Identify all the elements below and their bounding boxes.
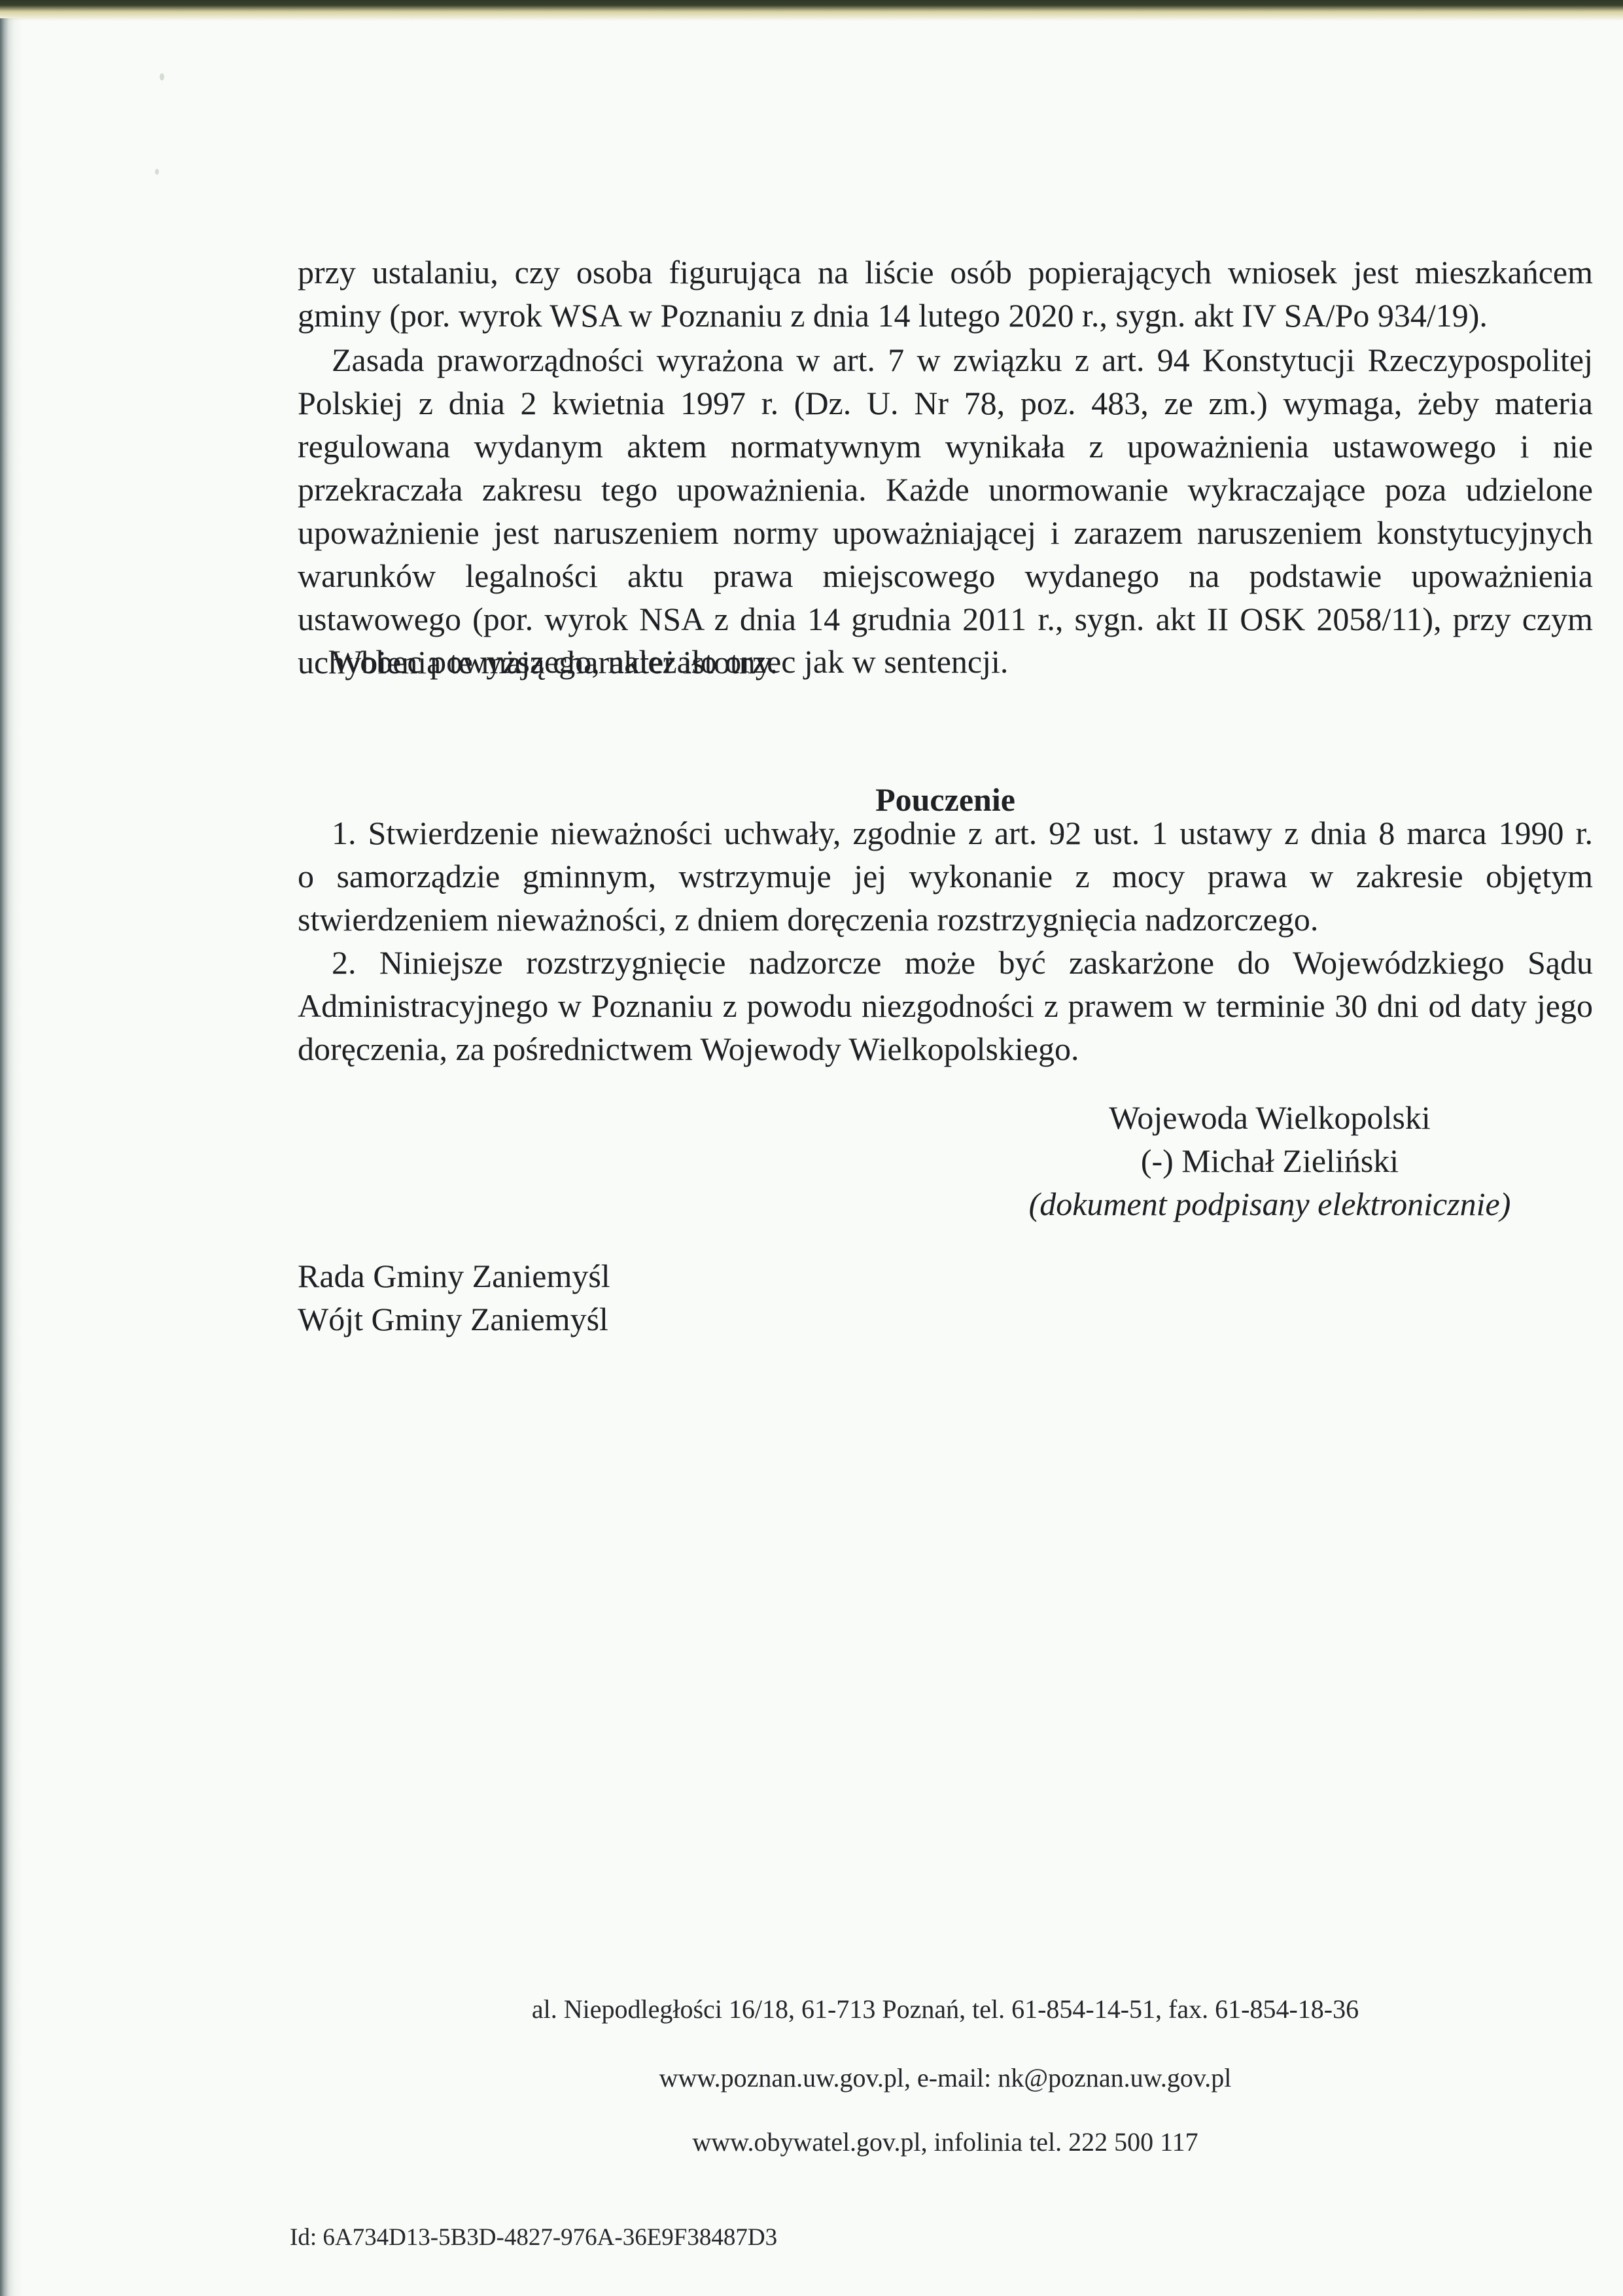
signature-electronic-note: (dokument podpisany elektronicznie) — [943, 1182, 1597, 1226]
pouczenie-paragraphs-wrap: 1. Stwierdzenie nieważności uchwały, zgo… — [298, 811, 1593, 1070]
body-continuation-paragraph-wrap: przy ustalaniu, czy osoba figurująca na … — [298, 251, 1593, 337]
recipients-block: Rada Gminy Zaniemyśl Wójt Gminy Zaniemyś… — [298, 1254, 610, 1341]
body-paragraph: Wobec powyższego, należało orzec jak w s… — [298, 640, 1593, 683]
scan-artifact-top-edge — [0, 0, 1623, 22]
scan-artifact-left-edge — [0, 18, 22, 2296]
pouczenie-paragraph-2: 2. Niniejsze rozstrzygnięcie nadzorcze m… — [298, 941, 1593, 1070]
scanned-document-page: przy ustalaniu, czy osoba figurująca na … — [0, 0, 1623, 2296]
pouczenie-paragraph-1: 1. Stwierdzenie nieważności uchwały, zgo… — [298, 811, 1593, 941]
document-id: Id: 6A734D13-5B3D-4827-976A-36E9F38487D3 — [290, 2223, 777, 2252]
recipient-wojt-gminy: Wójt Gminy Zaniemyśl — [298, 1298, 610, 1341]
signature-block: Wojewoda Wielkopolski (-) Michał Zielińs… — [943, 1096, 1597, 1226]
footer-infoline-line: www.obywatel.gov.pl, infolinia tel. 222 … — [298, 2127, 1593, 2158]
body-paragraph-wrap: Wobec powyższego, należało orzec jak w s… — [298, 640, 1593, 683]
recipient-rada-gminy: Rada Gminy Zaniemyśl — [298, 1254, 610, 1298]
body-paragraph: Zasada praworządności wyrażona w art. 7 … — [298, 338, 1593, 684]
signature-title: Wojewoda Wielkopolski — [943, 1096, 1597, 1139]
signature-name: (-) Michał Zieliński — [943, 1139, 1597, 1182]
scan-speck — [155, 169, 159, 175]
body-paragraph: przy ustalaniu, czy osoba figurująca na … — [298, 251, 1593, 337]
body-paragraph-wrap: Zasada praworządności wyrażona w art. 7 … — [298, 338, 1593, 684]
scan-speck — [160, 73, 164, 80]
footer-website-email-line: www.poznan.uw.gov.pl, e-mail: nk@poznan.… — [298, 2062, 1593, 2094]
footer-address-line: al. Niepodległości 16/18, 61-713 Poznań,… — [298, 1994, 1593, 2025]
